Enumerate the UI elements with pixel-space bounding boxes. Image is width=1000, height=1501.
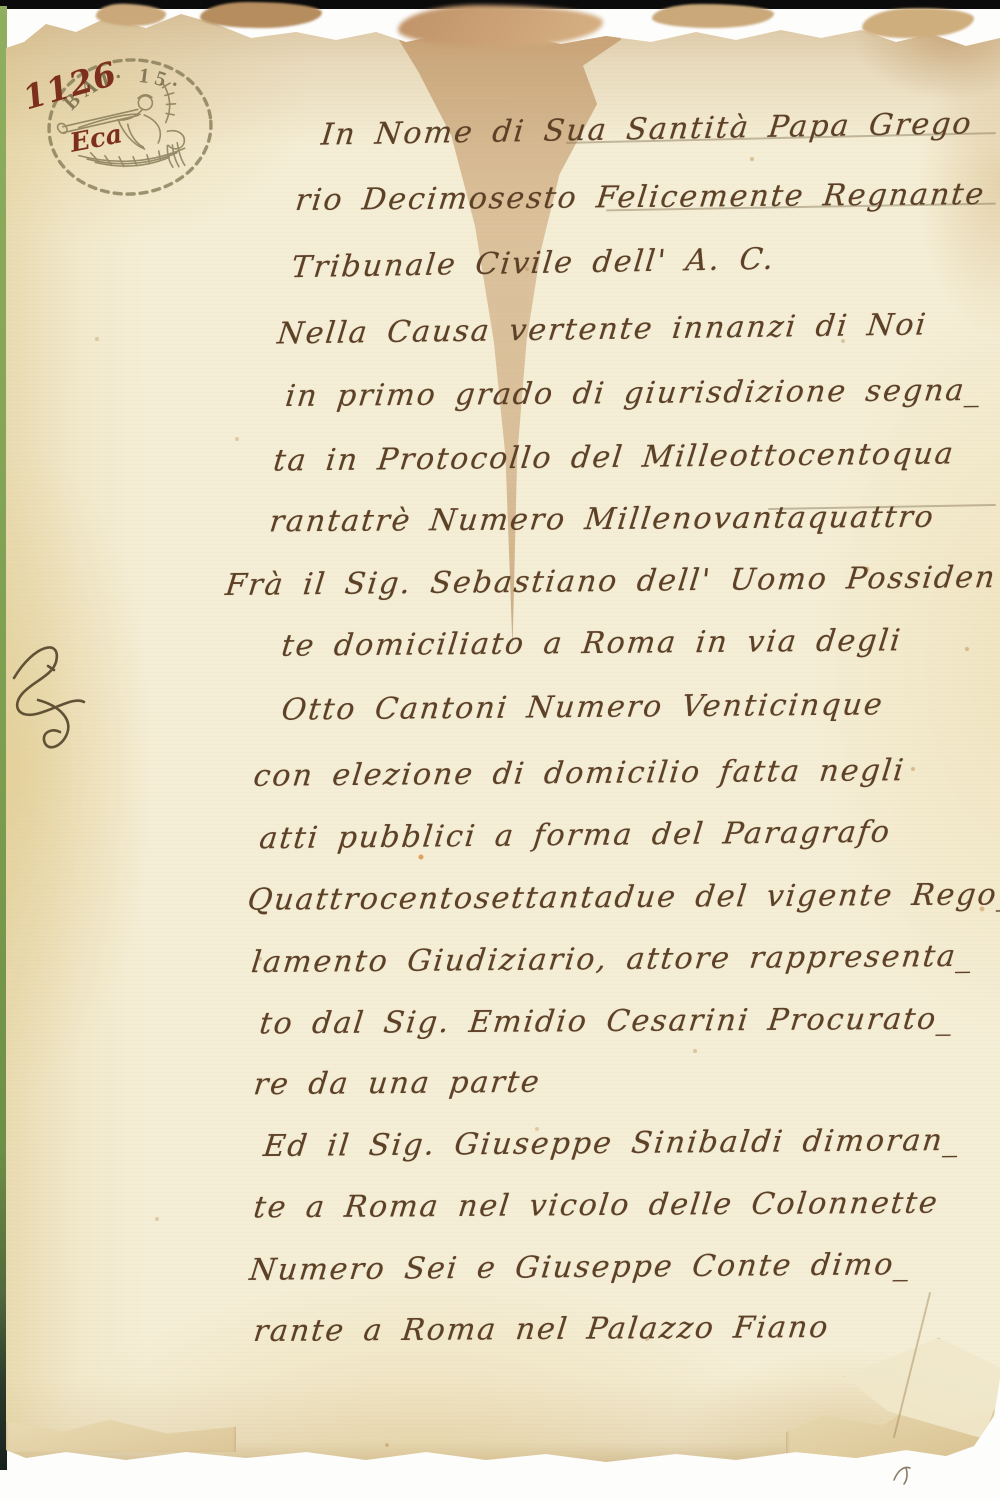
manuscript-line: atti pubblici a forma del Paragrafo bbox=[258, 815, 893, 857]
manuscript-line: Tribunale Civile dell' A. C. bbox=[290, 242, 777, 285]
manuscript-line: Nella Causa vertente innanzi di Noi bbox=[276, 307, 930, 351]
stray-mark bbox=[890, 1458, 916, 1492]
document-page: BAI· 15· bbox=[6, 8, 1000, 1468]
torn-paper-fragment bbox=[862, 6, 975, 40]
manuscript-line: Otto Cantoni Numero Venticinque bbox=[280, 687, 886, 727]
manuscript-line: Numero Sei e Giuseppe Conte dimo_ bbox=[248, 1247, 914, 1288]
torn-paper-fragment bbox=[398, 5, 603, 47]
manuscript-line: Ed il Sig. Giuseppe Sinibaldi dimoran_ bbox=[262, 1123, 963, 1164]
manuscript-line: rante a Roma nel Palazzo Fiano bbox=[252, 1310, 832, 1349]
manuscript-line: con elezione di domicilio fatta negli bbox=[252, 753, 907, 794]
manuscript-line: rantatrè Numero Millenovantaquattro bbox=[268, 500, 937, 540]
manuscript-line: te domiciliato a Roma in via degli bbox=[280, 623, 904, 663]
torn-paper-fragment bbox=[200, 2, 322, 28]
manuscript-line: In Nome di Sua Santità Papa Grego bbox=[320, 106, 975, 152]
text-layer: In Nome di Sua Santità Papa Gregorio Dec… bbox=[6, 8, 1000, 1468]
manuscript-line: in primo grado di giurisdizione segna_ bbox=[284, 373, 985, 414]
manuscript-line: to dal Sig. Emidio Cesarini Procurato_ bbox=[258, 1002, 957, 1042]
torn-paper-fragment bbox=[652, 4, 774, 28]
manuscript-line: Quattrocentosettantadue del vigente Rego… bbox=[246, 877, 1000, 917]
manuscript-line: lamento Giudiziario, attore rappresenta_ bbox=[250, 939, 976, 980]
manuscript-line: re da una parte bbox=[252, 1065, 543, 1102]
scanned-manuscript: { "document": { "kind": "handwritten cou… bbox=[0, 0, 1000, 1501]
manuscript-line: ta in Protocollo del Milleottocentoqua bbox=[272, 436, 957, 478]
manuscript-line: Frà il Sig. Sebastiano dell' Uomo Possid… bbox=[224, 560, 999, 603]
manuscript-line: te a Roma nel vicolo delle Colonnette bbox=[252, 1186, 941, 1226]
book-binding-edge bbox=[0, 6, 7, 1470]
manuscript-line: rio Decimosesto Felicemente Regnante bbox=[294, 177, 988, 218]
